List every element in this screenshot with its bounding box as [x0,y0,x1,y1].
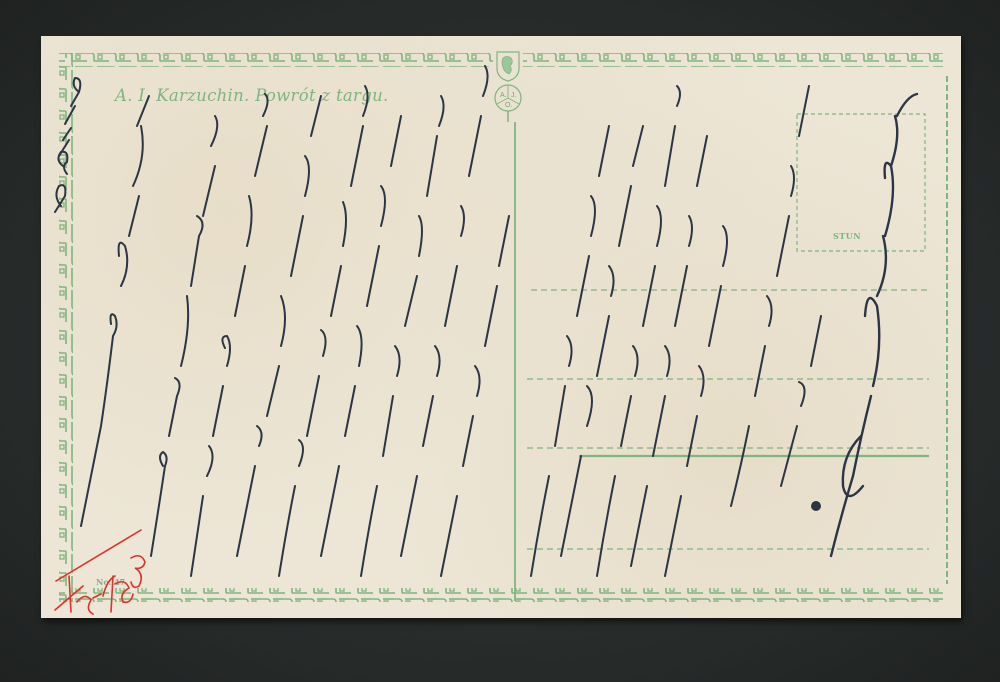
bottom-border [59,588,943,602]
stamp-box-label: STUN [833,231,861,241]
printed-frame [41,36,961,618]
left-border [59,53,73,602]
artwork-caption: A. I. Karzuchin. Powrót z targu. [115,86,389,105]
address-lines [527,290,929,549]
publisher-logo [495,52,521,122]
monogram-j: J. [511,92,516,99]
top-border-left [59,53,493,67]
series-number: No. 47. [96,577,128,587]
monogram-a: A. [500,92,507,99]
monogram-o: O. [505,102,512,109]
postcard: A. I. Karzuchin. Powrót z targu. No. 47.… [41,36,961,618]
top-border-right [523,53,943,67]
